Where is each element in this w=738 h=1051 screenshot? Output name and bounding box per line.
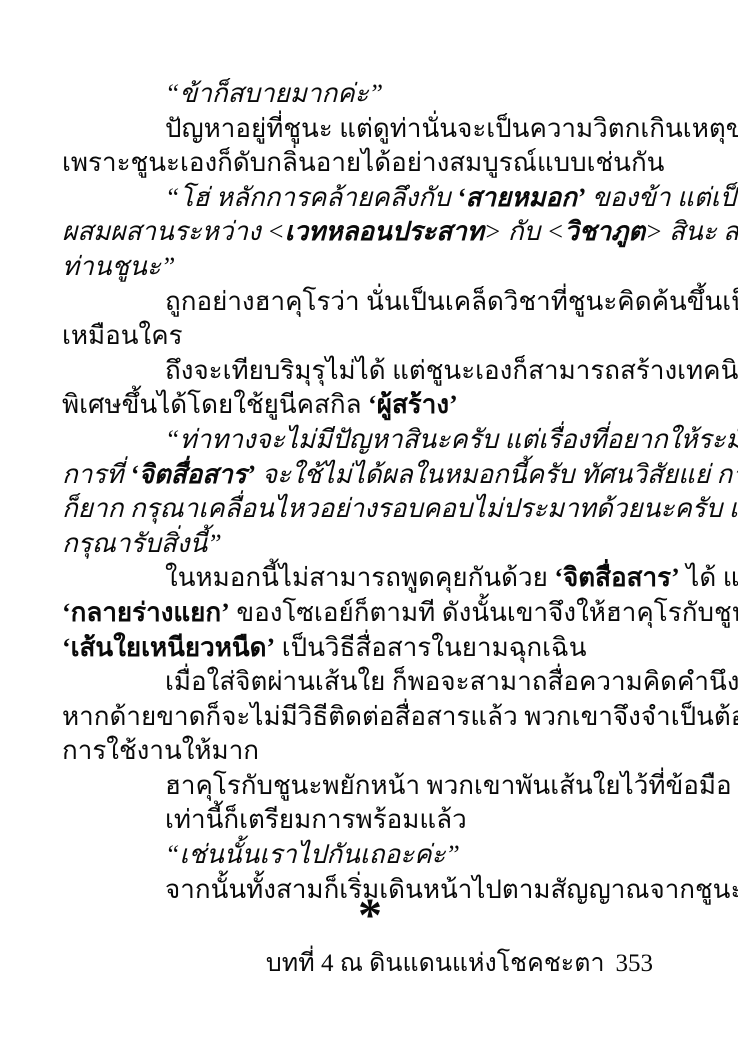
text-line: หากด้ายขาดก็จะไม่มีวิธีติดต่อสื่อสารแล้ว… xyxy=(62,700,678,735)
text-segment: พิเศษขึ้นได้โดยใช้ยูนีคสกิล xyxy=(62,390,368,419)
paragraph-narration: ปัญหาอยู่ที่ชูนะ แต่ดูท่านั่นจะเป็นความว… xyxy=(62,112,678,181)
scene-break-asterisk: * xyxy=(62,888,678,944)
text-segment: จะใช้ไม่ได้ผลในหมอกนี้ครับ ทัศนวิสัยแย่ … xyxy=(255,460,738,489)
text-line: พิเศษขึ้นได้โดยใช้ยูนีคสกิล ‘ผู้สร้าง’ xyxy=(62,388,678,423)
text-segment: ถูกอย่างฮาคุโรว่า นั่นเป็นเคล็ดวิชาที่ชู… xyxy=(165,287,738,316)
page-number: 353 xyxy=(616,950,654,977)
text-segment: หากด้ายขาดก็จะไม่มีวิธีติดต่อสื่อสารแล้ว… xyxy=(62,702,738,731)
text-segment: ของข้า แต่เป็นการ xyxy=(586,183,738,212)
emphasized-term: ‘สายหมอก’ xyxy=(457,183,586,212)
emphasized-term: ‘กลายร่างแยก’ xyxy=(62,598,230,627)
text-segment: ถึงจะเทียบริมุรุไม่ได้ แต่ชูนะเองก็สามาร… xyxy=(165,356,738,385)
text-segment: ในหมอกนี้ไม่สามารถพูดคุยกันด้วย xyxy=(165,563,554,592)
paragraph-dialogue: “ท่าทางจะไม่มีปัญหาสินะครับ แต่เรื่องที่… xyxy=(62,423,678,561)
text-segment: ได้ แม้จะอาศัย xyxy=(680,563,738,592)
text-segment: กรุณารับสิ่งนี้” xyxy=(62,529,222,558)
text-line: ‘เส้นใยเหนียวหนืด’ เป็นวิธีสื่อสารในยามฉ… xyxy=(62,631,678,666)
emphasized-term: ‘เส้นใยเหนียวหนืด’ xyxy=(62,633,275,662)
text-segment: การที่ xyxy=(62,460,130,489)
text-line: ผสมผสานระหว่าง <เวทหลอนประสาท> กับ <วิชา… xyxy=(62,215,678,250)
emphasized-term: ‘จิตสื่อสาร’ xyxy=(554,563,679,592)
paragraph-narration: เท่านี้ก็เตรียมการพร้อมแล้ว xyxy=(62,803,678,838)
paragraph-dialogue: “โฮ่ หลักการคล้ายคลึงกับ ‘สายหมอก’ ของข้… xyxy=(62,181,678,285)
text-segment: เมื่อใส่จิตผ่านเส้นใย ก็พอจะสามาถสื่อควา… xyxy=(165,667,738,696)
text-line: ฮาคุโรกับชูนะพยักหน้า พวกเขาพันเส้นใยไว้… xyxy=(62,769,678,804)
emphasized-term: ‘ผู้สร้าง’ xyxy=(368,390,458,419)
text-content: “ข้าก็สบายมากค่ะ”ปัญหาอยู่ที่ชูนะ แต่ดูท… xyxy=(62,77,678,907)
text-segment: การใช้งานให้มาก xyxy=(62,736,259,765)
text-line: เพราะชูนะเองก็ดับกลิ่นอายได้อย่างสมบูรณ์… xyxy=(62,146,678,181)
text-segment: เหมือนใคร xyxy=(62,321,183,350)
text-line: การใช้งานให้มาก xyxy=(62,734,678,769)
text-segment: เป็นวิธีสื่อสารในยามฉุกเฉิน xyxy=(275,633,586,662)
emphasized-term: ‘จิตสื่อสาร’ xyxy=(130,460,255,489)
text-segment: “โฮ่ หลักการคล้ายคลึงกับ xyxy=(165,183,457,212)
text-line: “โฮ่ หลักการคล้ายคลึงกับ ‘สายหมอก’ ของข้… xyxy=(62,181,678,216)
text-segment: “ท่าทางจะไม่มีปัญหาสินะครับ แต่เรื่องที่… xyxy=(165,425,738,454)
text-segment: “ข้าก็สบายมากค่ะ” xyxy=(165,79,383,108)
paragraph-narration: ถึงจะเทียบริมุรุไม่ได้ แต่ชูนะเองก็สามาร… xyxy=(62,354,678,423)
text-segment: ของโซเอย์ก็ตามที ดังนั้นเขาจึงให้ฮาคุโรก… xyxy=(230,598,738,627)
chapter-title: บทที่ 4 ณ ดินแดนแห่งโชคชะตา xyxy=(266,950,605,977)
text-line: การที่ ‘จิตสื่อสาร’ จะใช้ไม่ได้ผลในหมอกน… xyxy=(62,458,678,493)
text-segment: “เช่นนั้นเราไปกันเถอะค่ะ” xyxy=(165,840,460,869)
text-line: ในหมอกนี้ไม่สามารถพูดคุยกันด้วย ‘จิตสื่อ… xyxy=(62,561,678,596)
text-line: เหมือนใคร xyxy=(62,319,678,354)
book-page: “ข้าก็สบายมากค่ะ”ปัญหาอยู่ที่ชูนะ แต่ดูท… xyxy=(0,0,738,1051)
text-segment: ผสมผสานระหว่าง < xyxy=(62,217,285,246)
text-segment: เพราะชูนะเองก็ดับกลิ่นอายได้อย่างสมบูรณ์… xyxy=(62,148,664,177)
text-segment: ปัญหาอยู่ที่ชูนะ แต่ดูท่านั่นจะเป็นความว… xyxy=(165,114,738,143)
text-line: ก็ยาก กรุณาเคลื่อนไหวอย่างรอบคอบไม่ประมา… xyxy=(62,492,678,527)
text-segment: > กับ < xyxy=(484,217,564,246)
text-line: “ข้าก็สบายมากค่ะ” xyxy=(62,77,678,112)
paragraph-narration: ฮาคุโรกับชูนะพยักหน้า พวกเขาพันเส้นใยไว้… xyxy=(62,769,678,804)
text-segment: ฮาคุโรกับชูนะพยักหน้า พวกเขาพันเส้นใยไว้… xyxy=(165,771,732,800)
text-segment: ก็ยาก กรุณาเคลื่อนไหวอย่างรอบคอบไม่ประมา… xyxy=(62,494,738,523)
text-line: “เช่นนั้นเราไปกันเถอะค่ะ” xyxy=(62,838,678,873)
paragraph-narration: ในหมอกนี้ไม่สามารถพูดคุยกันด้วย ‘จิตสื่อ… xyxy=(62,561,678,665)
paragraph-narration: ถูกอย่างฮาคุโรว่า นั่นเป็นเคล็ดวิชาที่ชู… xyxy=(62,285,678,354)
text-line: เท่านี้ก็เตรียมการพร้อมแล้ว xyxy=(62,803,678,838)
paragraph-narration: เมื่อใส่จิตผ่านเส้นใย ก็พอจะสามาถสื่อควา… xyxy=(62,665,678,769)
text-line: “ท่าทางจะไม่มีปัญหาสินะครับ แต่เรื่องที่… xyxy=(62,423,678,458)
paragraph-dialogue: “เช่นนั้นเราไปกันเถอะค่ะ” xyxy=(62,838,678,873)
text-line: เมื่อใส่จิตผ่านเส้นใย ก็พอจะสามาถสื่อควา… xyxy=(62,665,678,700)
text-line: ถูกอย่างฮาคุโรว่า นั่นเป็นเคล็ดวิชาที่ชู… xyxy=(62,285,678,320)
page-footer: บทที่ 4 ณ ดินแดนแห่งโชคชะตา353 xyxy=(266,948,653,980)
emphasized-term: วิชาภูต xyxy=(564,217,645,246)
text-line: ปัญหาอยู่ที่ชูนะ แต่ดูท่านั่นจะเป็นความว… xyxy=(62,112,678,147)
text-line: กรุณารับสิ่งนี้” xyxy=(62,527,678,562)
text-segment: > สินะ สมกับเป็น xyxy=(645,217,738,246)
text-segment: เท่านี้ก็เตรียมการพร้อมแล้ว xyxy=(165,805,467,834)
emphasized-term: เวทหลอนประสาท xyxy=(285,217,484,246)
text-line: ท่านชูนะ” xyxy=(62,250,678,285)
text-segment: ท่านชูนะ” xyxy=(62,252,175,281)
paragraph-dialogue: “ข้าก็สบายมากค่ะ” xyxy=(62,77,678,112)
text-line: ‘กลายร่างแยก’ ของโซเอย์ก็ตามที ดังนั้นเข… xyxy=(62,596,678,631)
text-line: ถึงจะเทียบริมุรุไม่ได้ แต่ชูนะเองก็สามาร… xyxy=(62,354,678,389)
